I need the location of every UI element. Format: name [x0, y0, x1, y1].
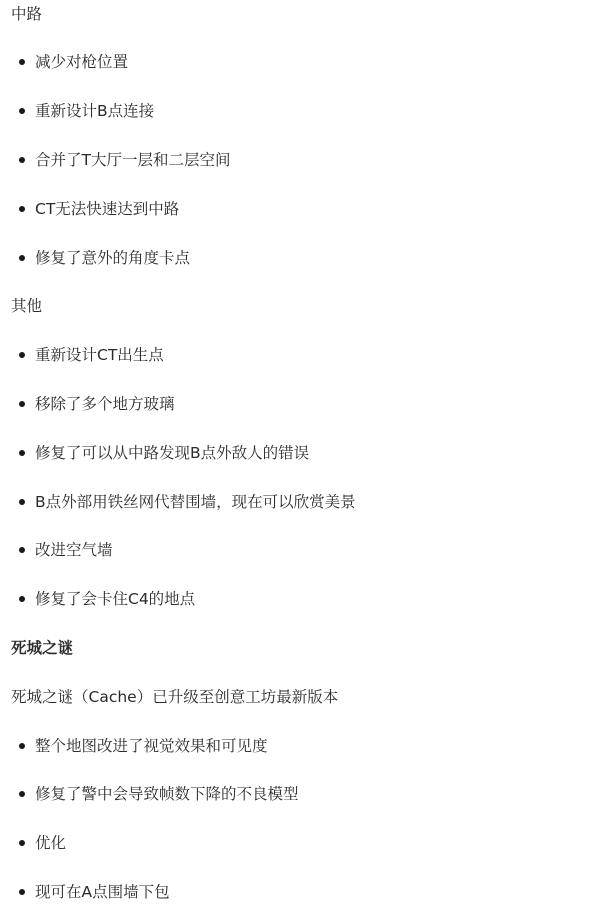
list-item: 修复了意外的角度卡点 — [35, 248, 190, 268]
section-heading-mid: 中路 — [11, 4, 42, 24]
bullet-icon — [19, 889, 25, 895]
bullet-icon — [19, 840, 25, 846]
list-item: 整个地图改进了视觉效果和可见度 — [35, 736, 268, 756]
list-item: 修复了可以从中路发现B点外敌人的错误 — [35, 443, 309, 463]
list-item: 改进空气墙 — [35, 540, 113, 560]
bullet-icon — [19, 255, 25, 261]
list-item: 移除了多个地方玻璃 — [35, 394, 175, 414]
bullet-icon — [19, 547, 25, 553]
list-item: CT无法快速达到中路 — [35, 199, 179, 219]
bullet-icon — [19, 157, 25, 163]
list-item: 减少对枪位置 — [35, 52, 128, 72]
bullet-icon — [19, 499, 25, 505]
list-item: 合并了T大厅一层和二层空间 — [35, 150, 230, 170]
section-heading-cache: 死城之谜 — [11, 638, 73, 658]
bullet-icon — [19, 450, 25, 456]
bullet-icon — [19, 401, 25, 407]
bullet-icon — [19, 743, 25, 749]
list-item: 重新设计B点连接 — [35, 101, 154, 121]
bullet-icon — [19, 596, 25, 602]
list-item: 修复了会卡住C4的地点 — [35, 589, 195, 609]
list-item: B点外部用铁丝网代替围墙，现在可以欣赏美景 — [35, 492, 356, 512]
list-item: 重新设计CT出生点 — [35, 345, 164, 365]
section-heading-other: 其他 — [11, 296, 42, 316]
bullet-icon — [19, 791, 25, 797]
bullet-icon — [19, 59, 25, 65]
bullet-icon — [19, 108, 25, 114]
list-item: 修复了警中会导致帧数下降的不良模型 — [35, 784, 299, 804]
list-item: 优化 — [35, 833, 66, 853]
bullet-icon — [19, 352, 25, 358]
list-item: 现可在A点围墙下包 — [35, 882, 170, 902]
section-intro-cache: 死城之谜（Cache）已升级至创意工坊最新版本 — [11, 687, 338, 707]
bullet-icon — [19, 206, 25, 212]
